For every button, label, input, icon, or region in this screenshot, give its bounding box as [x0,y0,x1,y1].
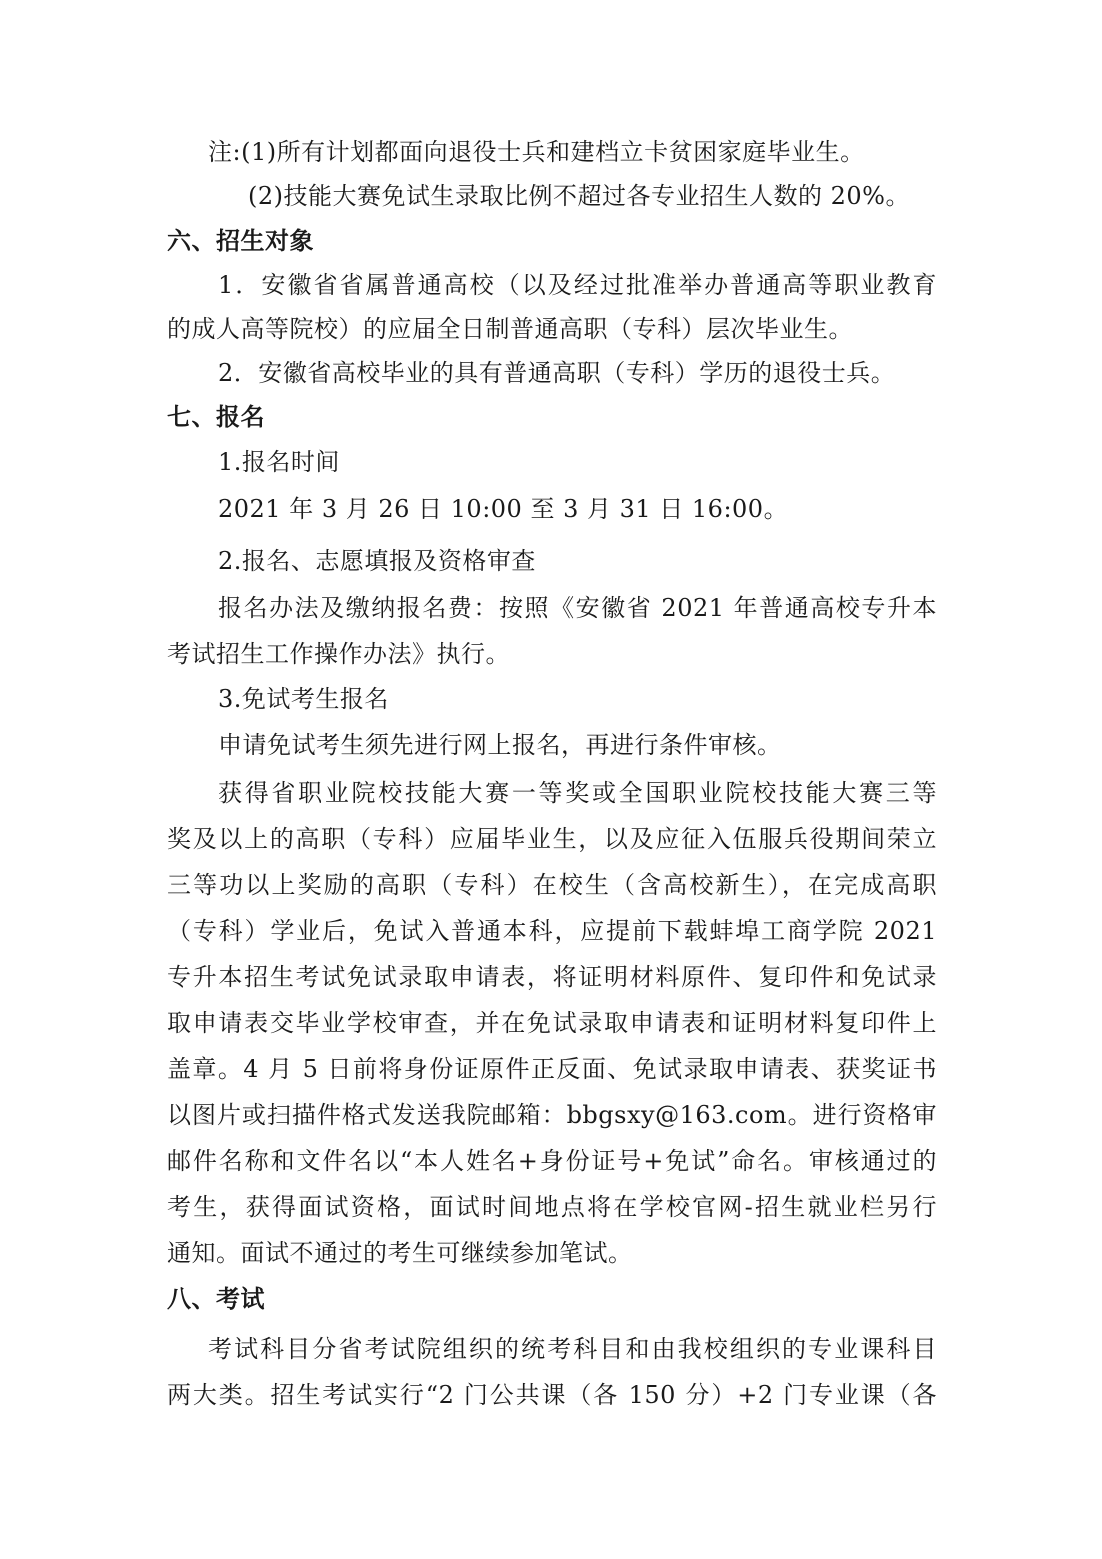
section-heading: 八、考试 [167,1284,265,1314]
paragraph-line: 奖及以上的高职（专科）应届毕业生，以及应征入伍服兵役期间荣立 [167,824,937,854]
paragraph-line: 获得省职业院校技能大赛一等奖或全国职业院校技能大赛三等 [218,778,937,808]
note-line: (2)技能大赛免试生录取比例不超过各专业招生人数的 20%。 [248,181,910,211]
note-line: 注:(1)所有计划都面向退役士兵和建档立卡贫困家庭毕业生。 [208,137,865,167]
paragraph-line: 考试科目分省考试院组织的统考科目和由我校组织的专业课科目 [208,1334,937,1364]
paragraph-line: 盖章。4 月 5 日前将身份证原件正反面、免试录取申请表、获奖证书 [167,1054,937,1084]
paragraph-line: （专科）学业后，免试入普通本科，应提前下载蚌埠工商学院 2021 [167,916,937,946]
paragraph-line: 专升本招生考试免试录取申请表，将证明材料原件、复印件和免试录 [167,962,937,992]
section-heading: 六、招生对象 [167,226,314,256]
paragraph-line: 的成人高等院校）的应届全日制普通高职（专科）层次毕业生。 [167,314,853,344]
paragraph-line: 报名办法及缴纳报名费：按照《安徽省 2021 年普通高校专升本 [218,593,937,623]
paragraph-line: 2.报名、志愿填报及资格审查 [218,546,536,576]
paragraph-line: 通知。面试不通过的考生可继续参加笔试。 [167,1238,633,1268]
paragraph-line: 取申请表交毕业学校审查，并在免试录取申请表和证明材料复印件上 [167,1008,937,1038]
paragraph-line: 1.报名时间 [218,447,340,477]
section-heading: 七、报名 [167,402,265,432]
paragraph-line: 考试招生工作操作办法》执行。 [167,639,510,669]
paragraph-line: 2021 年 3 月 26 日 10:00 至 3 月 31 日 16:00。 [218,494,788,524]
paragraph-line: 三等功以上奖励的高职（专科）在校生（含高校新生），在完成高职 [167,870,937,900]
paragraph-line: 以图片或扫描件格式发送我院邮箱：bbgsxy@163.com。进行资格审核， [167,1100,937,1130]
paragraph-line: 邮件名称和文件名以“本人姓名+身份证号+免试”命名。审核通过的 [167,1146,937,1176]
paragraph-line: 2．安徽省高校毕业的具有普通高职（专科）学历的退役士兵。 [218,358,895,388]
paragraph-line: 两大类。招生考试实行“2 门公共课（各 150 分）+2 门专业课（各 [167,1380,937,1410]
paragraph-line: 考生，获得面试资格，面试时间地点将在学校官网-招生就业栏另行 [167,1192,937,1222]
paragraph-line: 1．安徽省省属普通高校（以及经过批准举办普通高等职业教育 [218,270,937,300]
paragraph-line: 申请免试考生须先进行网上报名，再进行条件审核。 [218,730,782,760]
paragraph-line: 3.免试考生报名 [218,684,389,714]
